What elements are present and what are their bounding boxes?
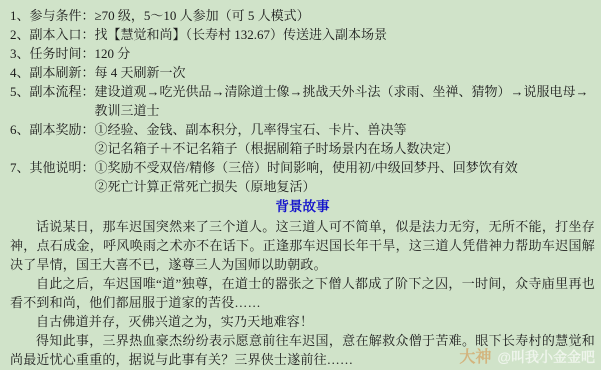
quest-item-label: 2、副本入口： [10, 25, 95, 44]
quest-item-content: ①经验、金钱、副本积分，几率得宝石、卡片、兽决等②记名箱子＋不记名箱子（根据刷箱… [95, 120, 595, 158]
quest-item-label: 6、副本奖励： [10, 120, 95, 139]
quest-item-label: 3、任务时间： [10, 44, 95, 63]
story-paragraph: 话说某日，那车迟国突然来了三个道人。这三道人可不简单，似是法力无穷，无所不能，打… [10, 217, 595, 274]
quest-list-item: 2、副本入口：找【慧觉和尚】（长寿村 132.67）传送进入副本场景 [10, 25, 595, 44]
story-paragraph: 自古佛道并存，灭佛兴道之为，实乃天地难容！ [10, 312, 595, 331]
story-paragraphs: 话说某日，那车迟国突然来了三个道人。这三道人可不简单，似是法力无穷，无所不能，打… [10, 217, 595, 369]
story-paragraph: 得知此事，三界热血豪杰纷纷表示愿意前往车迟国，意在解救众僧于苦难。眼下长寿村的慧… [10, 331, 595, 369]
quest-item-label: 1、参与条件： [10, 6, 95, 25]
quest-list-item: 4、副本刷新：每 4 天刷新一次 [10, 63, 595, 82]
quest-list-item: 1、参与条件：≥70 级，5～10 人参加（可 5 人模式） [10, 6, 595, 25]
quest-item-label: 7、其他说明： [10, 158, 95, 177]
quest-item-content: 建设道观→吃光供品→清除道士像→挑战天外斗法（求雨、坐禅、猜物）→说服电母→教训… [95, 82, 595, 120]
quest-info-list: 1、参与条件：≥70 级，5～10 人参加（可 5 人模式）2、副本入口：找【慧… [10, 6, 595, 196]
story-title: 背景故事 [10, 197, 595, 216]
quest-item-content: 120 分 [95, 44, 595, 63]
quest-list-item: 5、副本流程：建设道观→吃光供品→清除道士像→挑战天外斗法（求雨、坐禅、猜物）→… [10, 82, 595, 120]
quest-list-item: 7、其他说明：①奖励不受双倍/精修（三倍）时间影响，使用初/中级回梦丹、回梦饮有… [10, 158, 595, 196]
quest-list-item: 3、任务时间：120 分 [10, 44, 595, 63]
quest-item-content: 每 4 天刷新一次 [95, 63, 595, 82]
story-paragraph: 自此之后，车迟国唯“道”独尊，在道士的嚣张之下僧人都成了阶下之囚，一时间，众寺庙… [10, 274, 595, 312]
quest-list-item: 6、副本奖励：①经验、金钱、副本积分，几率得宝石、卡片、兽决等②记名箱子＋不记名… [10, 120, 595, 158]
quest-item-label: 5、副本流程： [10, 82, 95, 101]
quest-item-content: ≥70 级，5～10 人参加（可 5 人模式） [95, 6, 595, 25]
quest-item-content: 找【慧觉和尚】（长寿村 132.67）传送进入副本场景 [95, 25, 595, 44]
quest-item-content: ①奖励不受双倍/精修（三倍）时间影响，使用初/中级回梦丹、回梦饮有效②死亡计算正… [95, 158, 595, 196]
quest-item-label: 4、副本刷新： [10, 63, 95, 82]
page: 1、参与条件：≥70 级，5～10 人参加（可 5 人模式）2、副本入口：找【慧… [0, 0, 601, 370]
